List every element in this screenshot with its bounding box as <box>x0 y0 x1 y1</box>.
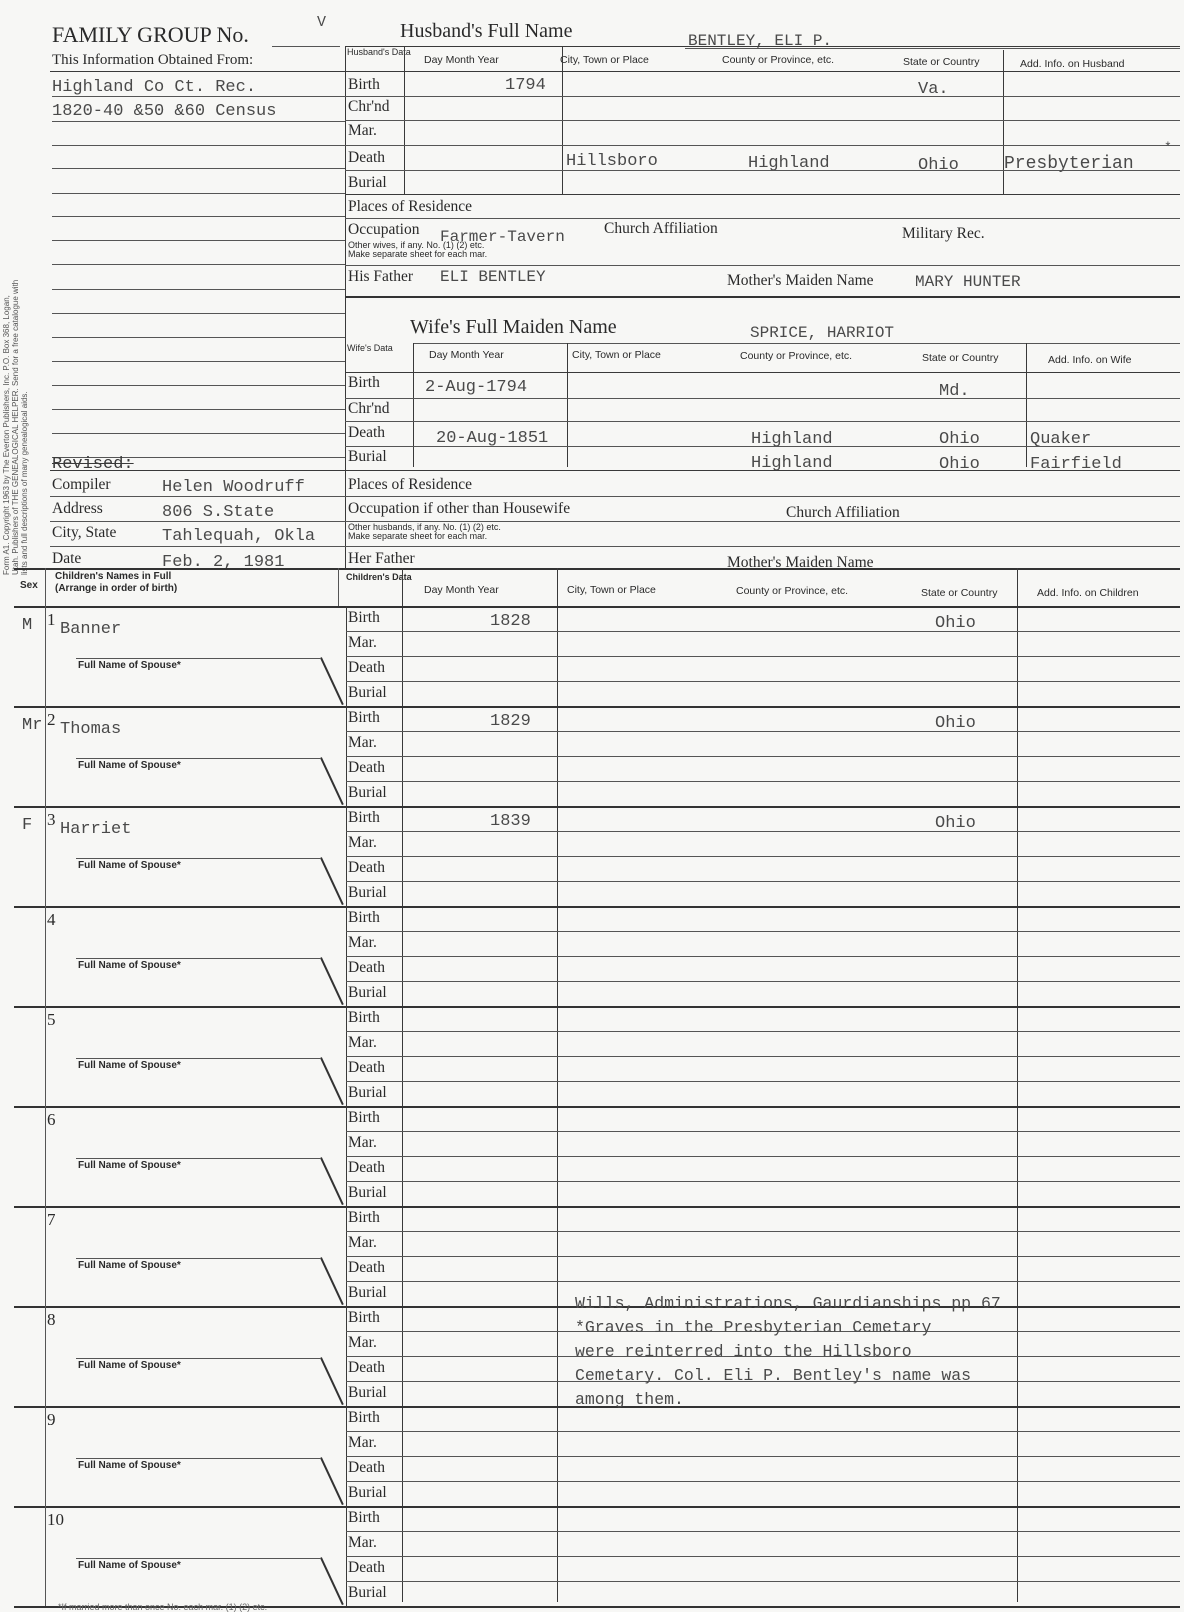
family-group-number[interactable]: V <box>317 14 326 31</box>
copyright-notice: Form A1. Copyright 1963 by The Everton P… <box>2 275 29 575</box>
husband-birth-date[interactable]: 1794 <box>505 76 546 95</box>
her-father-label: Her Father <box>348 550 415 568</box>
child-birth-year[interactable]: 1839 <box>490 812 531 831</box>
child-event-label: Birth <box>348 609 380 627</box>
child-birth-state[interactable]: Ohio <box>935 814 976 833</box>
wife-col-county: County or Province, etc. <box>740 350 852 362</box>
spouse-input[interactable] <box>76 972 316 1002</box>
children-names-header-2: (Arrange in order of birth) <box>55 583 177 594</box>
wife-name[interactable]: SPRICE, HARRIOT <box>750 324 894 342</box>
col-city: City, Town or Place <box>560 54 649 66</box>
info-obtained-label: This Information Obtained From: <box>52 52 253 69</box>
child-event-label: Death <box>348 959 385 977</box>
child-event-label: Birth <box>348 709 380 727</box>
husband-name-label: Husband's Full Name <box>400 20 572 43</box>
form-title: FAMILY GROUP No. <box>52 22 249 48</box>
child-col-state: State or Country <box>921 587 997 599</box>
spouse-input[interactable] <box>76 1272 316 1302</box>
child-event-label: Mar. <box>348 934 377 952</box>
child-birth-year[interactable]: 1828 <box>490 612 531 631</box>
child-event-label: Mar. <box>348 734 377 752</box>
child-event-label: Birth <box>348 1209 380 1227</box>
husband-church-label: Church Affiliation <box>604 220 718 238</box>
child-number: 2 <box>47 710 56 730</box>
child-event-label: Burial <box>348 1584 387 1602</box>
compiler-city[interactable]: Tahlequah, Okla <box>162 527 315 546</box>
child-event-label: Birth <box>348 1309 380 1327</box>
child-name[interactable]: Thomas <box>60 720 121 739</box>
child-event-label: Death <box>348 1259 385 1277</box>
children-names-header-1: Children's Names in Full <box>55 571 171 582</box>
child-number: 6 <box>47 1110 56 1130</box>
spouse-input[interactable] <box>76 1572 316 1602</box>
wife-col-add: Add. Info. on Wife <box>1048 354 1131 366</box>
child-event-label: Burial <box>348 1484 387 1502</box>
revised-label: Revised: <box>52 455 134 474</box>
child-event-label: Mar. <box>348 1534 377 1552</box>
child-event-label: Burial <box>348 1284 387 1302</box>
husband-mar-label: Mar. <box>348 122 377 140</box>
child-event-label: Death <box>348 1059 385 1077</box>
wife-data-header: Wife's Data <box>347 344 393 353</box>
child-event-label: Death <box>348 1359 385 1377</box>
his-mother[interactable]: MARY HUNTER <box>915 273 1021 291</box>
child-sex[interactable]: M <box>22 616 32 635</box>
note-line: *Graves in the Presbyterian Cemetary <box>575 1316 1001 1340</box>
child-number: 8 <box>47 1310 56 1330</box>
source-line-2[interactable]: 1820-40 &50 &60 Census <box>52 102 276 121</box>
asterisk-mark: * <box>1164 140 1172 155</box>
husband-residence-label: Places of Residence <box>348 198 472 216</box>
address-label: Address <box>52 500 103 518</box>
notes-block[interactable]: Wills, Administrations, Gaurdianships pp… <box>575 1292 1001 1412</box>
sex-header: Sex <box>20 580 38 591</box>
his-father-label: His Father <box>348 268 413 286</box>
child-birth-state[interactable]: Ohio <box>935 714 976 733</box>
wife-name-label: Wife's Full Maiden Name <box>410 316 617 339</box>
child-event-label: Death <box>348 1459 385 1477</box>
child-col-county: County or Province, etc. <box>736 585 848 597</box>
wife-death-label: Death <box>348 424 385 442</box>
military-rec-label: Military Rec. <box>902 225 985 243</box>
spouse-label: Full Name of Spouse* <box>78 1360 181 1371</box>
wife-burial-label: Burial <box>348 448 387 466</box>
other-wives-label-2: Make separate sheet for each mar. <box>348 250 487 259</box>
wife-col-city: City, Town or Place <box>572 349 661 361</box>
child-event-label: Birth <box>348 809 380 827</box>
husband-death-state[interactable]: Ohio <box>918 156 959 175</box>
child-name[interactable]: Harriet <box>60 820 131 839</box>
child-event-label: Mar. <box>348 1234 377 1252</box>
spouse-label: Full Name of Spouse* <box>78 1260 181 1271</box>
spouse-label: Full Name of Spouse* <box>78 860 181 871</box>
col-state: State or Country <box>903 56 979 68</box>
child-event-label: Mar. <box>348 1334 377 1352</box>
husband-occupation-label: Occupation <box>348 221 419 239</box>
wife-col-date: Day Month Year <box>429 349 504 361</box>
spouse-input[interactable] <box>76 772 316 802</box>
child-number: 5 <box>47 1010 56 1030</box>
child-number: 10 <box>47 1510 64 1530</box>
child-event-label: Burial <box>348 1184 387 1202</box>
husband-death-city[interactable]: Hillsboro <box>566 152 658 171</box>
child-event-label: Mar. <box>348 834 377 852</box>
spouse-label: Full Name of Spouse* <box>78 760 181 771</box>
col-date: Day Month Year <box>424 54 499 66</box>
child-number: 1 <box>47 610 56 630</box>
child-number: 7 <box>47 1210 56 1230</box>
spouse-label: Full Name of Spouse* <box>78 1060 181 1071</box>
child-event-label: Death <box>348 1559 385 1577</box>
wife-residence-label: Places of Residence <box>348 476 472 494</box>
child-event-label: Birth <box>348 909 380 927</box>
his-mother-label: Mother's Maiden Name <box>727 272 874 290</box>
child-event-label: Mar. <box>348 1434 377 1452</box>
child-event-label: Burial <box>348 984 387 1002</box>
wife-occupation-label: Occupation if other than Housewife <box>348 500 570 518</box>
spouse-input[interactable] <box>76 1172 316 1202</box>
other-husbands-label-2: Make separate sheet for each mar. <box>348 532 487 541</box>
husband-death-label: Death <box>348 149 385 167</box>
child-birth-state[interactable]: Ohio <box>935 614 976 633</box>
col-add-husband: Add. Info. on Husband <box>1020 58 1125 70</box>
child-event-label: Mar. <box>348 1034 377 1052</box>
child-birth-year[interactable]: 1829 <box>490 712 531 731</box>
wife-burial-info[interactable]: Fairfield <box>1030 455 1122 474</box>
spouse-input[interactable] <box>76 672 316 702</box>
child-event-label: Burial <box>348 1384 387 1402</box>
date-label: Date <box>52 550 81 568</box>
spouse-label: Full Name of Spouse* <box>78 660 181 671</box>
city-state-label: City, State <box>52 524 116 542</box>
note-line: among them. <box>575 1388 1001 1412</box>
husband-burial-label: Burial <box>348 174 387 192</box>
child-event-label: Death <box>348 659 385 677</box>
child-number: 3 <box>47 810 56 830</box>
spouse-input[interactable] <box>76 1472 316 1502</box>
child-sex[interactable]: F <box>22 816 32 835</box>
child-col-add: Add. Info. on Children <box>1037 587 1139 599</box>
husband-death-info[interactable]: Presbyterian <box>1004 154 1134 174</box>
wife-burial-state[interactable]: Ohio <box>939 455 980 474</box>
child-event-label: Mar. <box>348 634 377 652</box>
source-line-1[interactable]: Highland Co Ct. Rec. <box>52 78 256 97</box>
compiler-name[interactable]: Helen Woodruff <box>162 478 305 497</box>
child-event-label: Burial <box>348 784 387 802</box>
child-name[interactable]: Banner <box>60 620 121 639</box>
compiler-address[interactable]: 806 S.State <box>162 503 274 522</box>
wife-birth-label: Birth <box>348 374 380 392</box>
note-line: Wills, Administrations, Gaurdianships pp… <box>575 1292 1001 1316</box>
child-col-date: Day Month Year <box>424 584 499 596</box>
his-father[interactable]: ELI BENTLEY <box>440 268 546 286</box>
child-event-label: Burial <box>348 1084 387 1102</box>
spouse-input[interactable] <box>76 1372 316 1402</box>
spouse-input[interactable] <box>76 872 316 902</box>
wife-birth-date[interactable]: 2-Aug-1794 <box>425 378 527 397</box>
child-event-label: Birth <box>348 1509 380 1527</box>
child-event-label: Burial <box>348 884 387 902</box>
col-county: County or Province, etc. <box>722 54 834 66</box>
child-sex[interactable]: Mr <box>22 716 42 735</box>
wife-church-label: Church Affiliation <box>786 504 900 522</box>
child-col-city: City, Town or Place <box>567 584 656 596</box>
spouse-label: Full Name of Spouse* <box>78 960 181 971</box>
spouse-label: Full Name of Spouse* <box>78 1460 181 1471</box>
child-event-label: Mar. <box>348 1134 377 1152</box>
child-event-label: Birth <box>348 1409 380 1427</box>
wife-chrnd-label: Chr'nd <box>348 400 390 418</box>
child-number: 4 <box>47 910 56 930</box>
footnote: *If married more than once No. each mar.… <box>58 1602 267 1612</box>
wife-col-state: State or Country <box>922 352 998 364</box>
note-line: Cemetary. Col. Eli P. Bentley's name was <box>575 1364 1001 1388</box>
child-event-label: Burial <box>348 684 387 702</box>
child-event-label: Death <box>348 1159 385 1177</box>
husband-data-header: Husband's Data <box>347 48 411 57</box>
child-number: 9 <box>47 1410 56 1430</box>
child-event-label: Death <box>348 859 385 877</box>
child-event-label: Birth <box>348 1109 380 1127</box>
spouse-label: Full Name of Spouse* <box>78 1160 181 1171</box>
child-event-label: Death <box>348 759 385 777</box>
compiler-label: Compiler <box>52 476 111 494</box>
spouse-label: Full Name of Spouse* <box>78 1560 181 1571</box>
spouse-input[interactable] <box>76 1072 316 1102</box>
husband-birth-label: Birth <box>348 76 380 94</box>
husband-chrnd-label: Chr'nd <box>348 98 390 116</box>
child-event-label: Birth <box>348 1009 380 1027</box>
note-line: were reinterred into the Hillsboro <box>575 1340 1001 1364</box>
